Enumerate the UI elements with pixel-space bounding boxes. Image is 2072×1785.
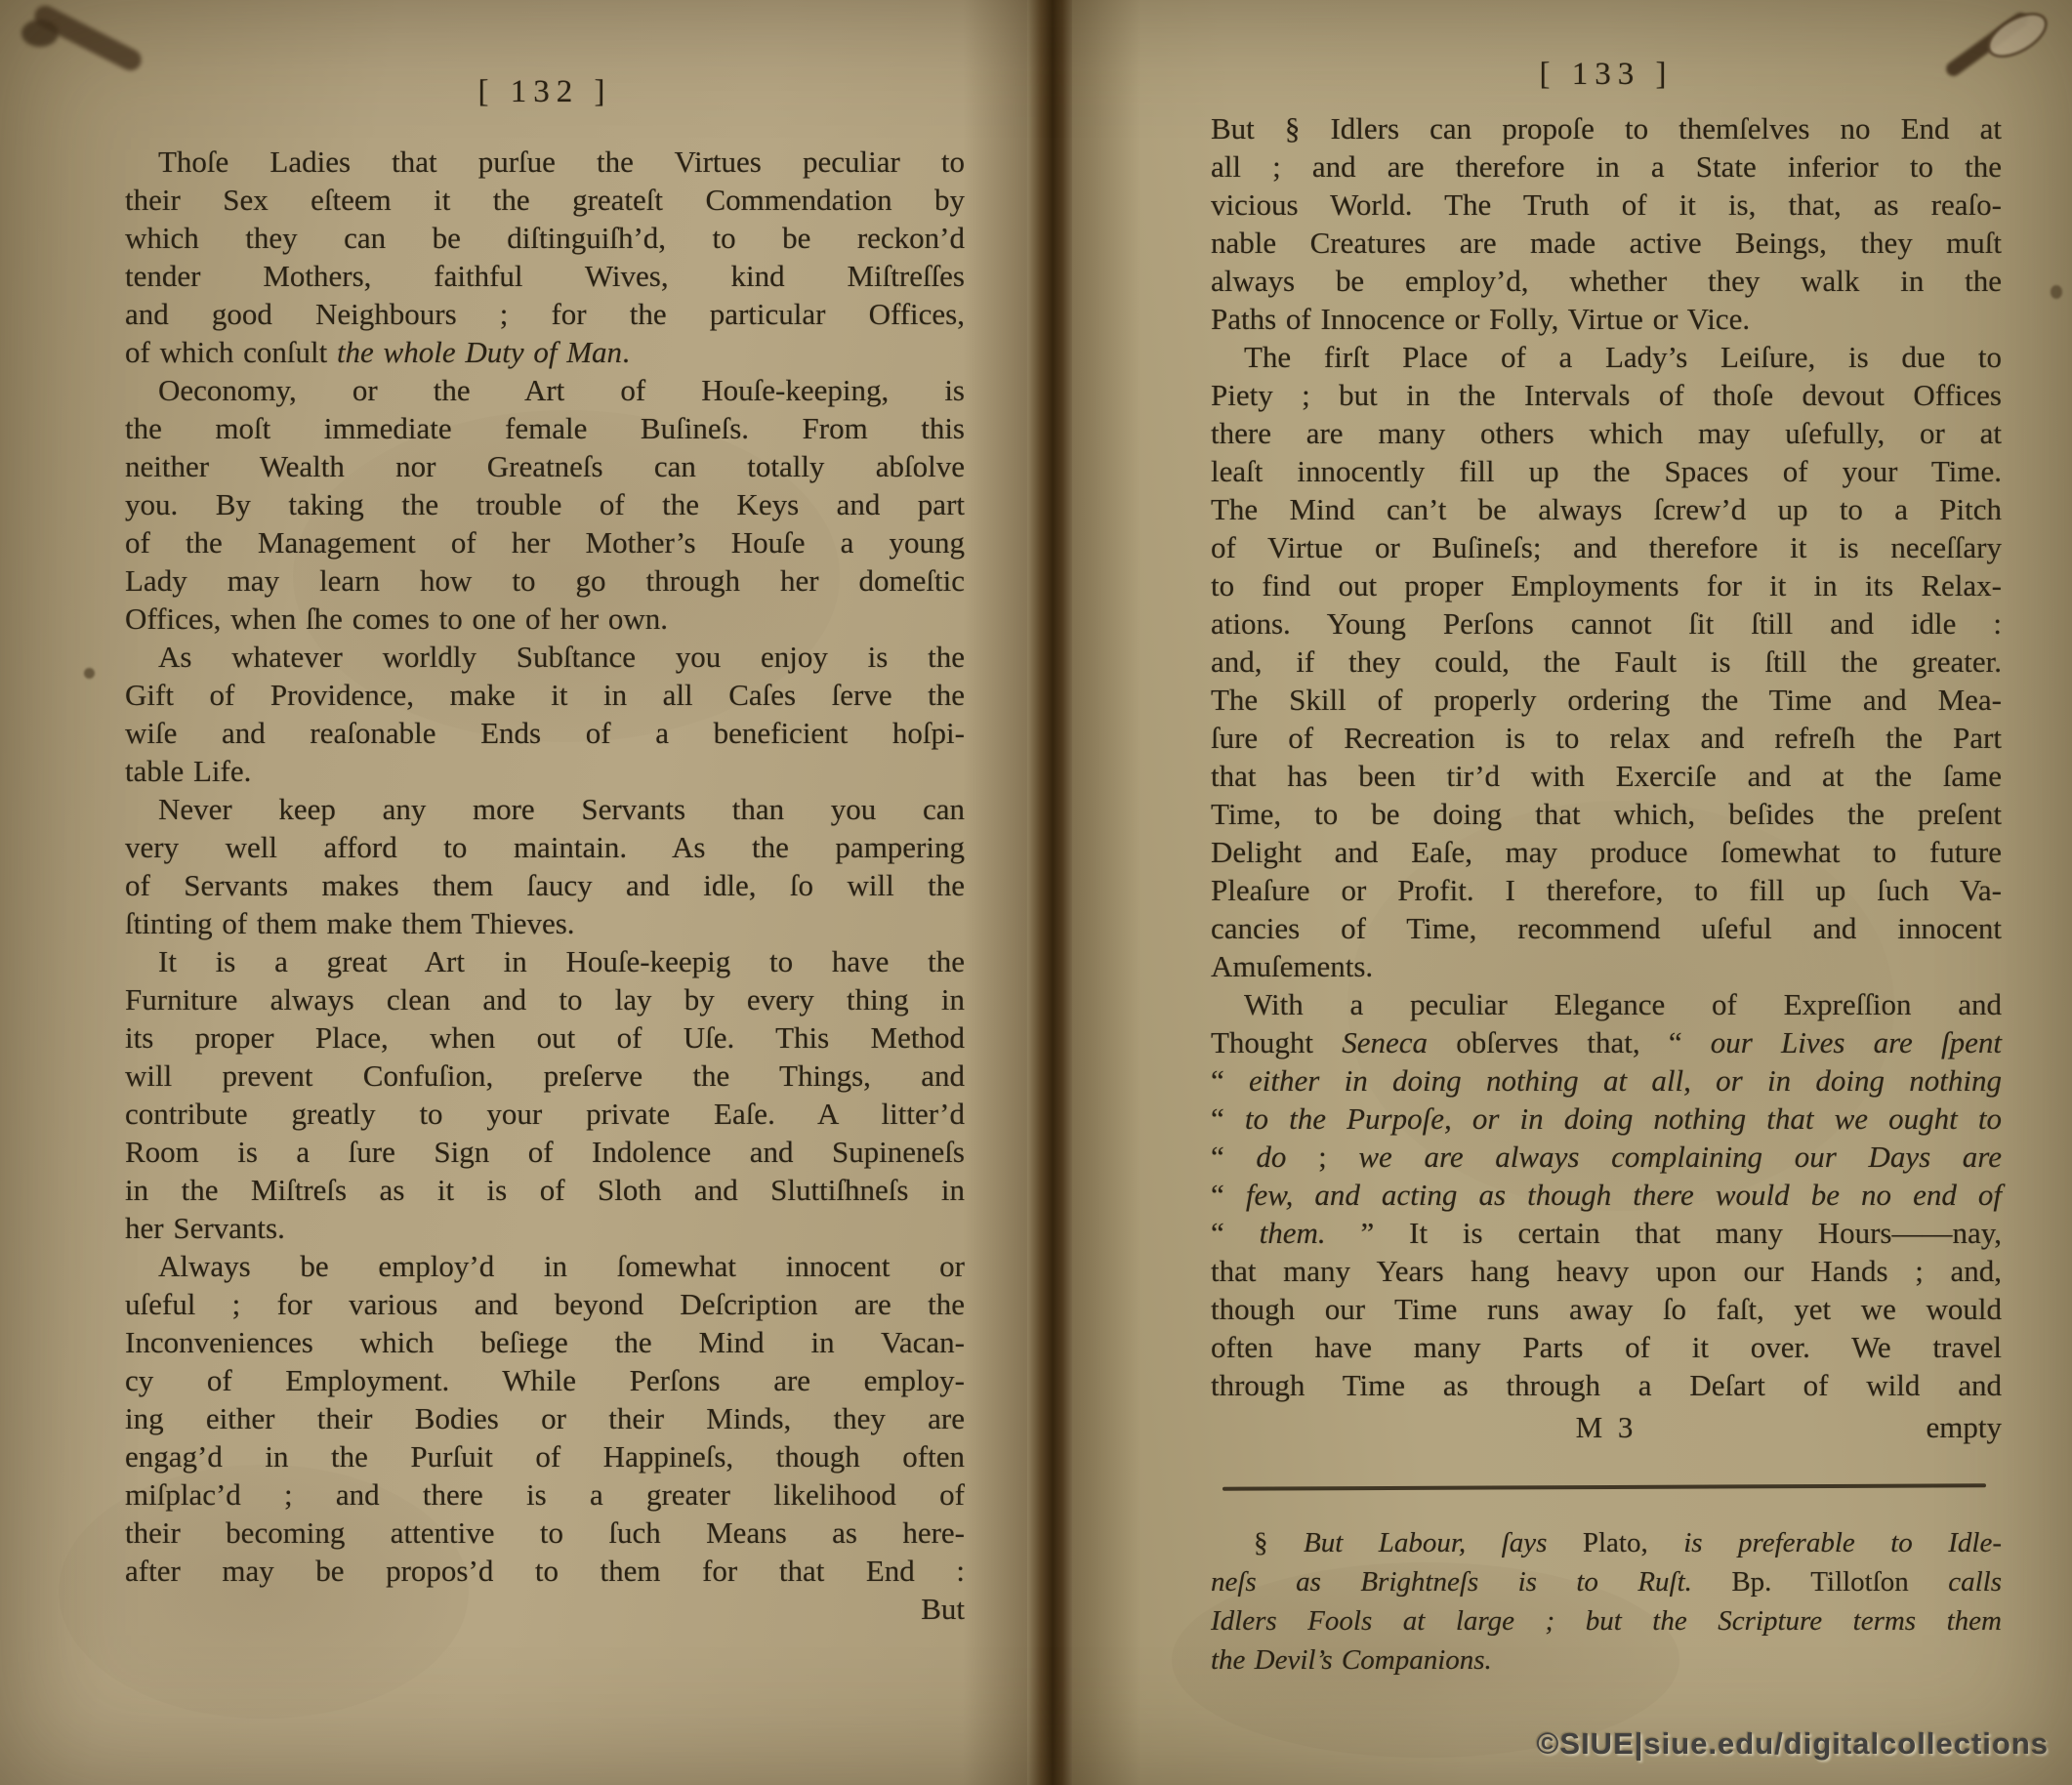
text-line: in the Miſtreſs as it is of Sloth and Sl… xyxy=(125,1171,965,1209)
text-line: Room is a ſure Sign of Indolence and Sup… xyxy=(125,1133,965,1171)
text-line: Pleaſure or Profit. I therefore, to fill… xyxy=(1211,871,2002,909)
text-line: that many Years hang heavy upon our Hand… xyxy=(1211,1252,2002,1290)
text-line: ſtinting of them make them Thieves. xyxy=(125,904,965,942)
page-number-right: [ 133 ] xyxy=(1211,57,2002,93)
text-line: there are many others which may uſefully… xyxy=(1211,414,2002,452)
text-line: table Life. xyxy=(125,752,965,790)
text-line: Furniture always clean and to lay by eve… xyxy=(125,980,965,1018)
catchword-right: empty xyxy=(1927,1410,2003,1445)
text-line: ſure of Recreation is to relax and refre… xyxy=(1211,719,2002,757)
text-line: “ them. ” It is certain that many Hours—… xyxy=(1211,1214,2002,1252)
text-line: tender Mothers, faithful Wives, kind Miſ… xyxy=(125,257,965,295)
page-number-left: [ 132 ] xyxy=(125,74,965,110)
text-line: As whatever worldly Subſtance you enjoy … xyxy=(125,638,965,676)
paragraph: But § Idlers can propoſe to themſelves n… xyxy=(1211,109,2002,338)
text-line: uſeful ; for various and beyond Deſcript… xyxy=(125,1285,965,1323)
text-line: cancies of Time, recommend uſeful and in… xyxy=(1211,909,2002,947)
paragraph: Always be employ’d in ſomewhat innocent … xyxy=(125,1247,965,1590)
paragraph: As whatever worldly Subſtance you enjoy … xyxy=(125,638,965,790)
text-line: leaſt innocently fill up the Spaces of y… xyxy=(1211,452,2002,490)
text-line: “ either in doing nothing at all, or in … xyxy=(1211,1061,2002,1100)
text-line: and good Neighbours ; for the particular… xyxy=(125,295,965,333)
text-line: Thought Seneca obſerves that, “ our Live… xyxy=(1211,1023,2002,1061)
text-line: cy of Employment. While Perſons are empl… xyxy=(125,1361,965,1399)
paragraph: Oeconomy, or the Art of Houſe-keeping, i… xyxy=(125,371,965,638)
footnote: § But Labour, ſays Plato, is preferable … xyxy=(1211,1523,2002,1680)
text-line: very well afford to maintain. As the pam… xyxy=(125,828,965,866)
paragraph: § But Labour, ſays Plato, is preferable … xyxy=(1211,1523,2002,1680)
text-line: their becoming attentive to ſuch Means a… xyxy=(125,1514,965,1552)
paragraph: With a peculiar Elegance of Expreſſion a… xyxy=(1211,985,2002,1404)
text-line: § But Labour, ſays Plato, is preferable … xyxy=(1211,1523,2002,1562)
press-signature: M 3 xyxy=(1211,1410,2002,1445)
book-gutter xyxy=(1027,0,1076,1785)
text-line: the Devil’s Companions. xyxy=(1211,1640,2002,1680)
text-line: vicious World. The Truth of it is, that,… xyxy=(1211,186,2002,224)
paragraph: The firſt Place of a Lady’s Leiſure, is … xyxy=(1211,338,2002,985)
text-line: its proper Place, when out of Uſe. This … xyxy=(125,1018,965,1057)
text-line: miſplac’d ; and there is a greater likel… xyxy=(125,1475,965,1514)
text-line: often have many Parts of it over. We tra… xyxy=(1211,1328,2002,1366)
text-line: which they can be diſtinguiſh’d, to be r… xyxy=(125,219,965,257)
text-line: ations. Young Perſons cannot ſit ſtill a… xyxy=(1211,604,2002,643)
text-line: engag’d in the Purſuit of Happineſs, tho… xyxy=(125,1437,965,1475)
text-line: and, if they could, the Fault is ſtill t… xyxy=(1211,643,2002,681)
page-right-text: But § Idlers can propoſe to themſelves n… xyxy=(1211,109,2002,1404)
text-line: wiſe and reaſonable Ends of a beneficien… xyxy=(125,714,965,752)
text-line: Piety ; but in the Intervals of thoſe de… xyxy=(1211,376,2002,414)
text-line: of Servants makes them ſaucy and idle, ſ… xyxy=(125,866,965,904)
text-line: of Virtue or Buſineſs; and therefore it … xyxy=(1211,528,2002,566)
text-line: their Sex eſteem it the greateſt Commend… xyxy=(125,181,965,219)
text-line: Time, to be doing that which, beſides th… xyxy=(1211,795,2002,833)
paragraph: It is a great Art in Houſe-keepig to hav… xyxy=(125,942,965,1247)
text-line: Amuſements. xyxy=(1211,947,2002,985)
text-line: through Time as through a Deſart of wild… xyxy=(1211,1366,2002,1404)
text-line: contribute greatly to your private Eaſe.… xyxy=(125,1095,965,1133)
paragraph: Never keep any more Servants than you ca… xyxy=(125,790,965,942)
text-line: “ to the Purpoſe, or in doing nothing th… xyxy=(1211,1100,2002,1138)
text-line: Delight and Eaſe, may produce ſomewhat t… xyxy=(1211,833,2002,871)
text-line: With a peculiar Elegance of Expreſſion a… xyxy=(1211,985,2002,1023)
text-line: will prevent Confuſion, preſerve the Thi… xyxy=(125,1057,965,1095)
text-line: “ few, and acting as though there would … xyxy=(1211,1176,2002,1214)
text-line: Lady may learn how to go through her dom… xyxy=(125,561,965,600)
text-line: after may be propos’d to them for that E… xyxy=(125,1552,965,1590)
text-line: It is a great Art in Houſe-keepig to hav… xyxy=(125,942,965,980)
text-line: The Skill of properly ordering the Time … xyxy=(1211,681,2002,719)
watermark: ©SIUE|siue.edu/digitalcollections xyxy=(1537,1726,2049,1762)
text-line: of which conſult the whole Duty of Man. xyxy=(125,333,965,371)
catchword-left: But xyxy=(125,1592,965,1627)
text-line: Offices, when ſhe comes to one of her ow… xyxy=(125,600,965,638)
book-scan: [ 132 ] [ 133 ] Thoſe Ladies that purſue… xyxy=(0,0,2072,1785)
text-line: always be employ’d, whether they walk in… xyxy=(1211,262,2002,300)
text-line: neſs as Brightneſs is to Ruſt. Bp. Tillo… xyxy=(1211,1562,2002,1601)
text-line: her Servants. xyxy=(125,1209,965,1247)
text-line: of the Management of her Mother’s Houſe … xyxy=(125,523,965,561)
text-line: ing either their Bodies or their Minds, … xyxy=(125,1399,965,1437)
text-line: to find out proper Employments for it in… xyxy=(1211,566,2002,604)
page-left-text: Thoſe Ladies that purſue the Virtues pec… xyxy=(125,143,965,1590)
text-line: you. By taking the trouble of the Keys a… xyxy=(125,485,965,523)
signature-row: M 3 empty xyxy=(1211,1410,2002,1448)
text-line: Gift of Providence, make it in all Caſes… xyxy=(125,676,965,714)
text-line: Oeconomy, or the Art of Houſe-keeping, i… xyxy=(125,371,965,409)
text-line: Inconveniences which beſiege the Mind in… xyxy=(125,1323,965,1361)
text-line: nable Creatures are made active Beings, … xyxy=(1211,224,2002,262)
text-line: But § Idlers can propoſe to themſelves n… xyxy=(1211,109,2002,147)
text-line: all ; and are therefore in a State infer… xyxy=(1211,147,2002,186)
text-line: neither Wealth nor Greatneſs can totally… xyxy=(125,447,965,485)
text-line: though our Time runs away ſo faſt, yet w… xyxy=(1211,1290,2002,1328)
text-line: the moſt immediate female Buſineſs. From… xyxy=(125,409,965,447)
text-line: Paths of Innocence or Folly, Virtue or V… xyxy=(1211,300,2002,338)
text-line: Thoſe Ladies that purſue the Virtues pec… xyxy=(125,143,965,181)
text-line: Always be employ’d in ſomewhat innocent … xyxy=(125,1247,965,1285)
text-line: Idlers Fools at large ; but the Scriptur… xyxy=(1211,1601,2002,1640)
paragraph: Thoſe Ladies that purſue the Virtues pec… xyxy=(125,143,965,371)
text-line: The firſt Place of a Lady’s Leiſure, is … xyxy=(1211,338,2002,376)
text-line: “ do ; we are always complaining our Day… xyxy=(1211,1138,2002,1176)
text-line: Never keep any more Servants than you ca… xyxy=(125,790,965,828)
text-line: The Mind can’t be always ſcrew’d up to a… xyxy=(1211,490,2002,528)
text-line: that has been tir’d with Exerciſe and at… xyxy=(1211,757,2002,795)
